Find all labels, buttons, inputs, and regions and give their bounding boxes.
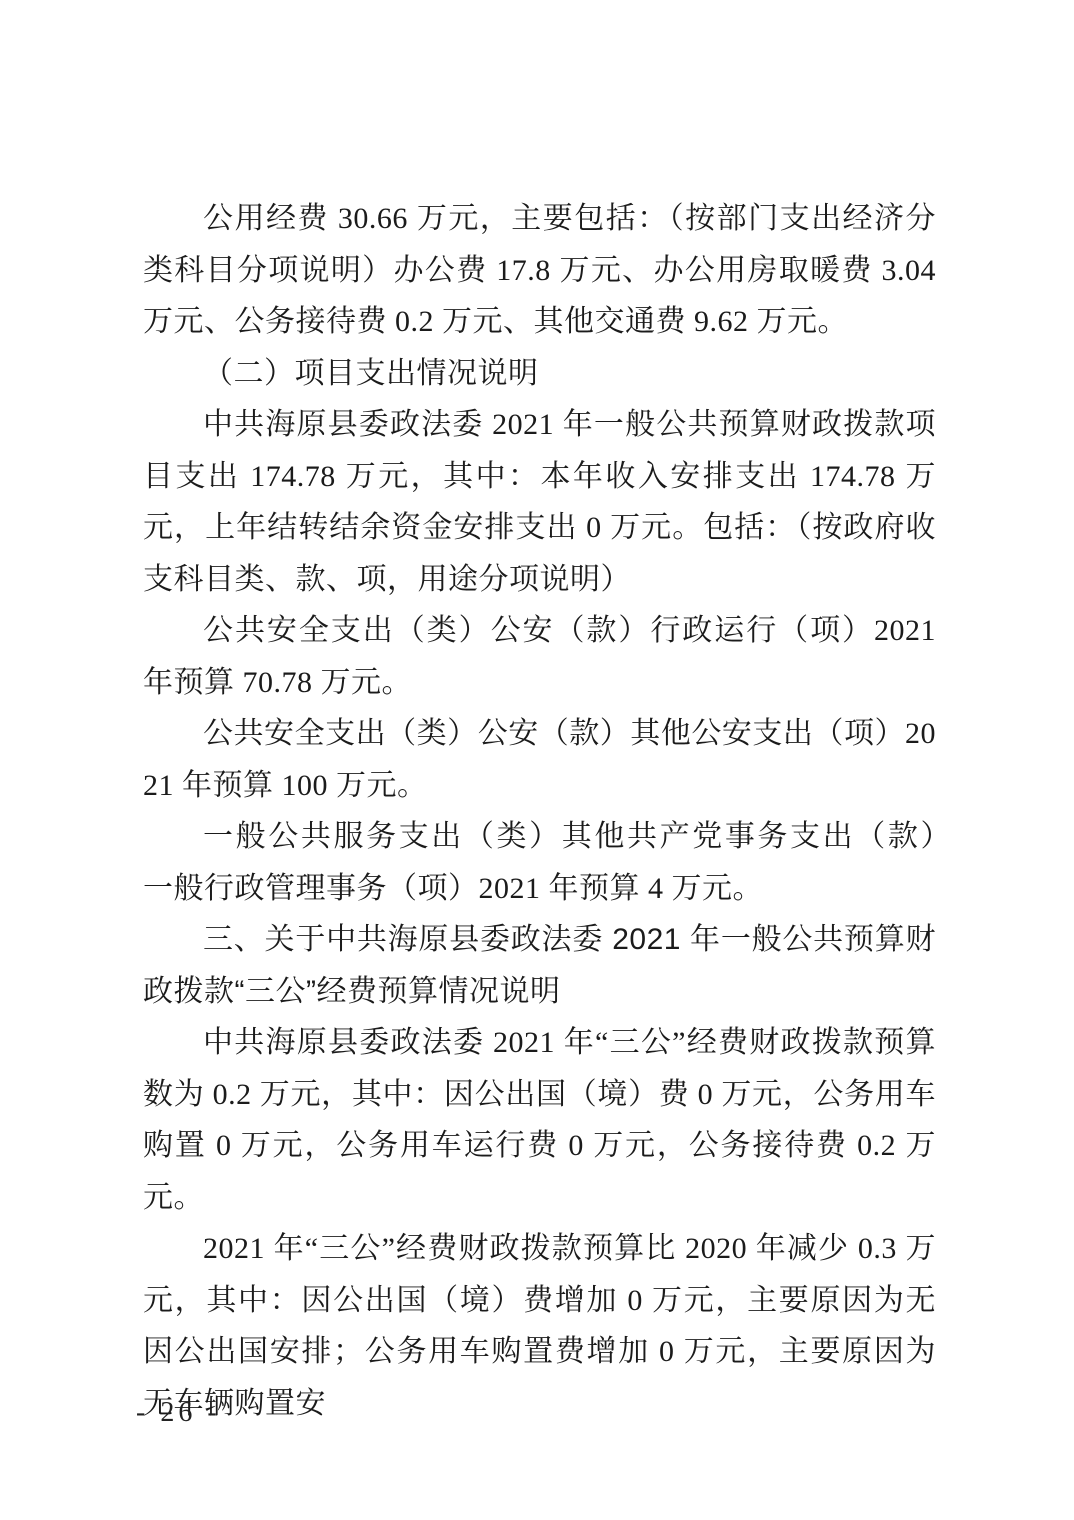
page-footer: - 26 - [136, 1396, 221, 1430]
paragraph-general-public-service: 一般公共服务支出（类）其他共产党事务支出（款） 一般行政管理事务（项）2021 … [143, 811, 936, 914]
paragraph-three-public-budget-comparison: 2021 年“三公”经费财政拨款预算比 2020 年减少 0.3 万元，其中：因… [143, 1223, 936, 1429]
paragraph-project-expenditure-total: 中共海原县委政法委 2021 年一般公共预算财政拨款项目支出 174.78 万元… [143, 399, 936, 605]
heading-project-expenditure: （二）项目支出情况说明 [143, 348, 936, 400]
document-body: 公用经费 30.66 万元，主要包括：（按部门支出经济分类科目分项说明）办公费 … [143, 193, 936, 1429]
paragraph-public-security-admin-operation: 公共安全支出（类）公安（款）行政运行（项）2021 年预算 70.78 万元。 [143, 605, 936, 708]
paragraph-public-funds-breakdown: 公用经费 30.66 万元，主要包括：（按部门支出经济分类科目分项说明）办公费 … [143, 193, 936, 348]
page-number: - 26 - [136, 1397, 221, 1428]
heading-three-public-expenses: 三、关于中共海原县委政法委 2021 年一般公共预算财政拨款“三公”经费预算情况… [143, 914, 936, 1017]
document-page: 公用经费 30.66 万元，主要包括：（按部门支出经济分类科目分项说明）办公费 … [0, 0, 1074, 1520]
paragraph-three-public-budget-detail: 中共海原县委政法委 2021 年“三公”经费财政拨款预算数为 0.2 万元，其中… [143, 1017, 936, 1223]
paragraph-public-security-other: 公共安全支出（类）公安（款）其他公安支出（项）2021 年预算 100 万元。 [143, 708, 936, 811]
